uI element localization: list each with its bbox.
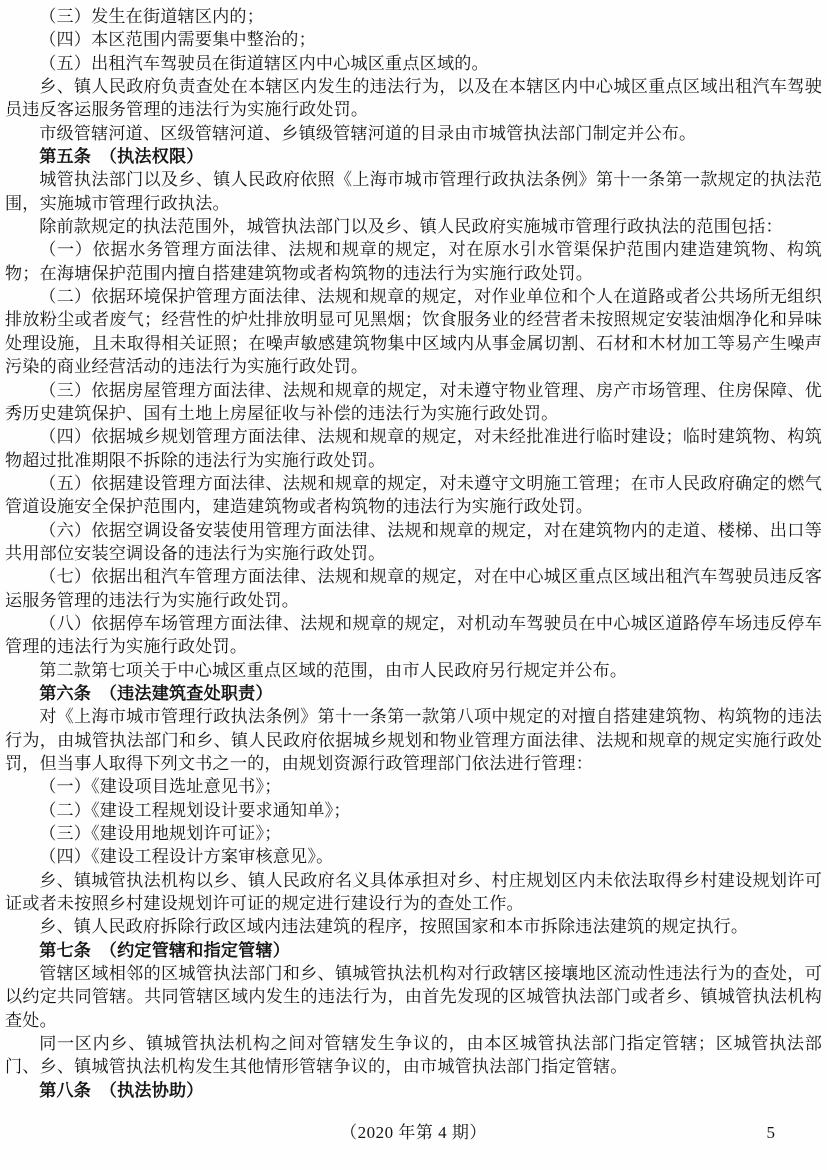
page-number: 5 <box>767 1121 776 1145</box>
paragraph: 乡、镇城管执法机构以乡、镇人民政府名义具体承担对乡、村庄规划区内未依法取得乡村建… <box>5 869 822 916</box>
paragraph: （六）依据空调设备安装使用管理方面法律、法规和规章的规定，对在建筑物内的走道、楼… <box>5 519 822 566</box>
paragraph: 对《上海市城市管理行政执法条例》第十一条第一款第八项中规定的对擅自搭建建筑物、构… <box>5 705 822 775</box>
article-heading: 第六条 （违法建筑查处职责） <box>5 682 822 705</box>
paragraph: （一）《建设项目选址意见书》； <box>5 775 822 798</box>
paragraph: （三）依据房屋管理方面法律、法规和规章的规定，对未遵守物业管理、房产市场管理、住… <box>5 379 822 426</box>
paragraph: 管辖区域相邻的区城管执法部门和乡、镇城管执法机构对行政辖区接壤地区流动性违法行为… <box>5 962 822 1032</box>
paragraph: 同一区内乡、镇城管执法机构之间对管辖发生争议的，由本区城管执法部门指定管辖；区城… <box>5 1032 822 1079</box>
paragraph: 第二款第七项关于中心城区重点区域的范围，由市人民政府另行规定并公布。 <box>5 659 822 682</box>
document-page: （三）发生在街道辖区内的；（四）本区范围内需要集中整治的；（五）出租汽车驾驶员在… <box>0 0 827 1170</box>
page-footer: （2020 年第 4 期） 5 <box>0 1121 827 1147</box>
paragraph: 市级管辖河道、区级管辖河道、乡镇级管辖河道的目录由市城管执法部门制定并公布。 <box>5 122 822 145</box>
paragraph: （四）依据城乡规划管理方面法律、法规和规章的规定，对未经批准进行临时建设；临时建… <box>5 425 822 472</box>
paragraph: （四）本区范围内需要集中整治的； <box>5 28 822 51</box>
paragraph: （七）依据出租汽车管理方面法律、法规和规章的规定，对在中心城区重点区域出租汽车驾… <box>5 565 822 612</box>
paragraph: （二）《建设工程规划设计要求通知单》； <box>5 799 822 822</box>
issue-label: （2020 年第 4 期） <box>0 1121 827 1145</box>
paragraph: （一）依据水务管理方面法律、法规和规章的规定，对在原水引水管渠保护范围内建造建筑… <box>5 238 822 285</box>
paragraph: 乡、镇人民政府拆除行政区域内违法建筑的程序，按照国家和本市拆除违法建筑的规定执行… <box>5 915 822 938</box>
article-heading: 第七条 （约定管辖和指定管辖） <box>5 939 822 962</box>
article-heading: 第八条 （执法协助） <box>5 1079 822 1102</box>
paragraph: 除前款规定的执法范围外，城管执法部门以及乡、镇人民政府实施城市管理行政执法的范围… <box>5 215 822 238</box>
paragraph: 乡、镇人民政府负责查处在本辖区内发生的违法行为，以及在本辖区内中心城区重点区域出… <box>5 75 822 122</box>
document-body: （三）发生在街道辖区内的；（四）本区范围内需要集中整治的；（五）出租汽车驾驶员在… <box>5 5 822 1102</box>
paragraph: 城管执法部门以及乡、镇人民政府依照《上海市城市管理行政执法条例》第十一条第一款规… <box>5 168 822 215</box>
paragraph: （五）出租汽车驾驶员在街道辖区内中心城区重点区域的。 <box>5 52 822 75</box>
article-heading: 第五条 （执法权限） <box>5 145 822 168</box>
paragraph: （三）发生在街道辖区内的； <box>5 5 822 28</box>
paragraph: （四）《建设工程设计方案审核意见》。 <box>5 845 822 868</box>
paragraph: （二）依据环境保护管理方面法律、法规和规章的规定，对作业单位和个人在道路或者公共… <box>5 285 822 378</box>
paragraph: （三）《建设用地规划许可证》； <box>5 822 822 845</box>
paragraph: （五）依据建设管理方面法律、法规和规章的规定，对未遵守文明施工管理；在市人民政府… <box>5 472 822 519</box>
paragraph: （八）依据停车场管理方面法律、法规和规章的规定，对机动车驾驶员在中心城区道路停车… <box>5 612 822 659</box>
